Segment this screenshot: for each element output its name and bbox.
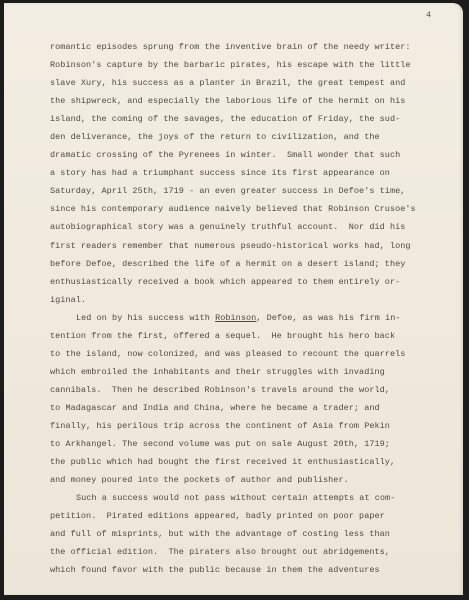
text-line: Robinson's capture by the barbaric pirat… <box>50 56 450 74</box>
text-line: the official edition. The piraters also … <box>50 543 450 561</box>
underlined-title: Robinson <box>215 313 256 323</box>
text-line: petition. Pirated editions appeared, bad… <box>50 507 450 525</box>
text-line: den deliverance, the joys of the return … <box>50 128 450 146</box>
text-line: iginal. <box>50 291 450 309</box>
text-line: the shipwreck, and especially the labori… <box>50 92 450 110</box>
text-line: which embroiled the inhabitants and thei… <box>50 363 450 381</box>
text-line: before Defoe, described the life of a he… <box>50 255 450 273</box>
page-number: 4 <box>426 10 431 20</box>
text-line: to the island, now colonized, and was pl… <box>50 345 450 363</box>
text-line: Led on by his success with Robinson, Def… <box>50 309 450 327</box>
text-line: Saturday, April 25th, 1719 - an even gre… <box>50 182 450 200</box>
text-line: the public which had bought the first re… <box>50 453 450 471</box>
text-line: island, the coming of the savages, the e… <box>50 110 450 128</box>
text-line: romantic episodes sprung from the invent… <box>50 38 450 56</box>
text-line: dramatic crossing of the Pyrenees in win… <box>50 146 450 164</box>
text-line: cannibals. Then he described Robinson's … <box>50 381 450 399</box>
text-line: slave Xury, his success as a planter in … <box>50 74 450 92</box>
body-text: romantic episodes sprung from the invent… <box>50 38 450 579</box>
text-line: and money poured into the pockets of aut… <box>50 471 450 489</box>
text-line: autobiographical story was a genuinely t… <box>50 218 450 236</box>
text-line: a story has had a triumphant success sin… <box>50 164 450 182</box>
text-line: finally, his perilous trip across the co… <box>50 417 450 435</box>
text-line: Such a success would not pass without ce… <box>50 489 450 507</box>
paragraph-1: romantic episodes sprung from the invent… <box>50 38 450 309</box>
text-line: to Madagascar and India and China, where… <box>50 399 450 417</box>
paragraph-2: Led on by his success with Robinson, Def… <box>50 309 450 489</box>
scan-frame: 4 romantic episodes sprung from the inve… <box>0 0 469 600</box>
text-line: and full of misprints, but with the adva… <box>50 525 450 543</box>
text-line: first readers remember that numerous pse… <box>50 237 450 255</box>
text-segment: Led on by his success with <box>76 313 215 323</box>
text-line: tention from the first, offered a sequel… <box>50 327 450 345</box>
text-line: since his contemporary audience naively … <box>50 200 450 218</box>
text-line: to Arkhangel. The second volume was put … <box>50 435 450 453</box>
text-line: enthusiastically received a book which a… <box>50 273 450 291</box>
paragraph-3: Such a success would not pass without ce… <box>50 489 450 579</box>
text-line: which found favor with the public becaus… <box>50 561 450 579</box>
text-segment: , Defoe, as was his firm in- <box>256 313 400 323</box>
typewritten-page: 4 romantic episodes sprung from the inve… <box>4 3 463 595</box>
